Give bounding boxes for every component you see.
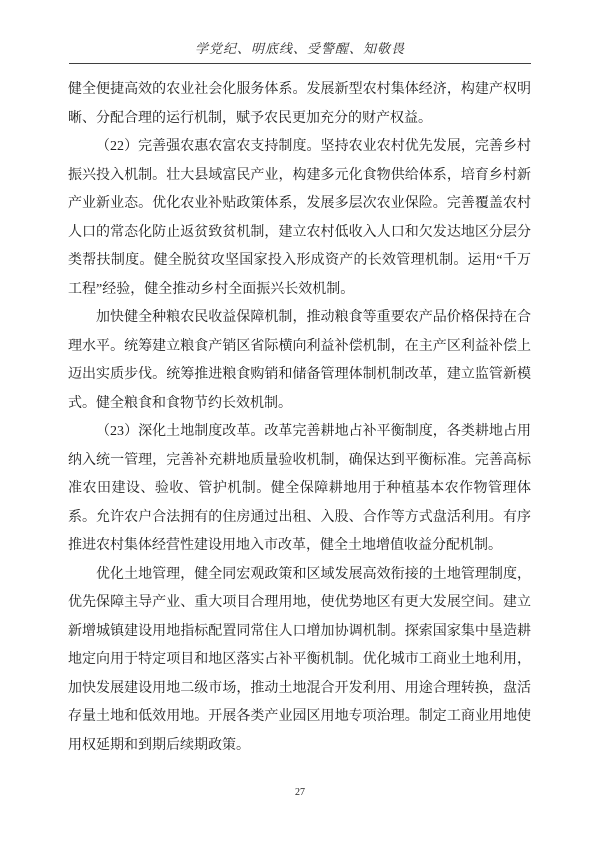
paragraph: （23）深化土地制度改革。改革完善耕地占补平衡制度，各类耕地占用纳入统一管理，完… bbox=[68, 418, 531, 561]
document-body: 健全便捷高效的农业社会化服务体系。发展新型农村集体经济，构建产权明晰、分配合理的… bbox=[68, 76, 531, 760]
document-page: 学党纪、明底线、受警醒、知敬畏 健全便捷高效的农业社会化服务体系。发展新型农村集… bbox=[0, 0, 600, 848]
paragraph: 优化土地管理，健全同宏观政策和区域发展高效衔接的土地管理制度，优先保障主导产业、… bbox=[68, 561, 531, 761]
running-header-title: 学党纪、明底线、受警醒、知敬畏 bbox=[0, 38, 600, 57]
paragraph: 健全便捷高效的农业社会化服务体系。发展新型农村集体经济，构建产权明晰、分配合理的… bbox=[68, 76, 531, 133]
paragraph: （22）完善强农惠农富农支持制度。坚持农业农村优先发展，完善乡村振兴投入机制。壮… bbox=[68, 133, 531, 304]
page-number: 27 bbox=[0, 787, 600, 798]
header-rule-divider bbox=[69, 63, 531, 64]
paragraph: 加快健全种粮农民收益保障机制，推动粮食等重要农产品价格保持在合理水平。统筹建立粮… bbox=[68, 304, 531, 418]
